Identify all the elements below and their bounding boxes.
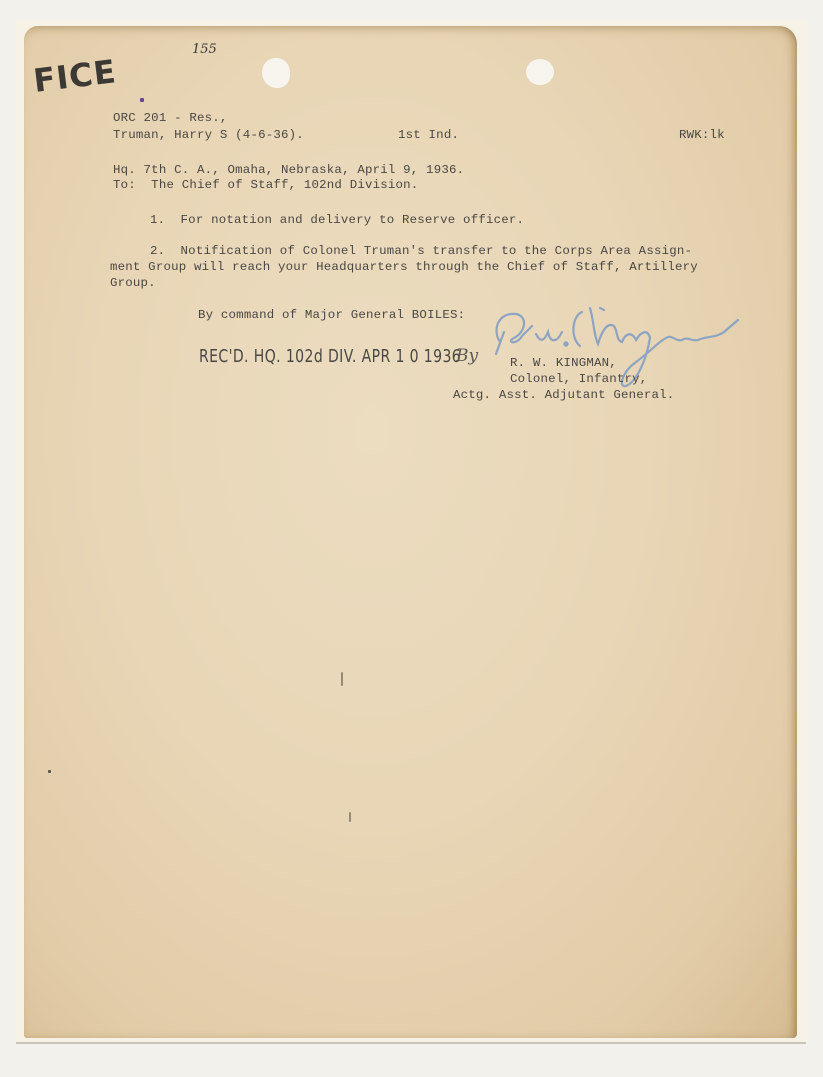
subject-line: Truman, Harry S (4-6-36).	[113, 128, 304, 142]
paragraph-2-line-3: Group.	[110, 276, 156, 290]
paper-mark	[341, 672, 343, 686]
typist-initials: RWK:lk	[679, 128, 725, 142]
punch-hole-right	[526, 59, 554, 85]
signer-title: Actg. Asst. Adjutant General.	[453, 388, 674, 402]
signer-rank: Colonel, Infantry,	[510, 372, 647, 386]
indorsement-label: 1st Ind.	[398, 128, 459, 142]
handwritten-page-number: 155	[192, 42, 217, 57]
file-reference: ORC 201 - Res.,	[113, 111, 228, 125]
paragraph-1: 1. For notation and delivery to Reserve …	[150, 213, 524, 227]
received-by-handwriting: By	[456, 346, 478, 366]
punch-hole-left	[262, 58, 290, 88]
signer-name: R. W. KINGMAN,	[510, 356, 617, 370]
paper-mark	[349, 812, 351, 822]
origin-line: Hq. 7th C. A., Omaha, Nebraska, April 9,…	[113, 163, 464, 177]
addressee-line: To: The Chief of Staff, 102nd Division.	[113, 178, 418, 192]
paper-mark	[48, 770, 51, 773]
received-date-stamp: REC'D. HQ. 102d DIV. APR 1 0 1936	[199, 346, 461, 367]
paragraph-2-line-1: 2. Notification of Colonel Truman's tran…	[150, 244, 692, 258]
command-line: By command of Major General BOILES:	[198, 308, 465, 322]
ink-mark	[140, 98, 144, 102]
paragraph-2-line-2: ment Group will reach your Headquarters …	[110, 260, 698, 274]
